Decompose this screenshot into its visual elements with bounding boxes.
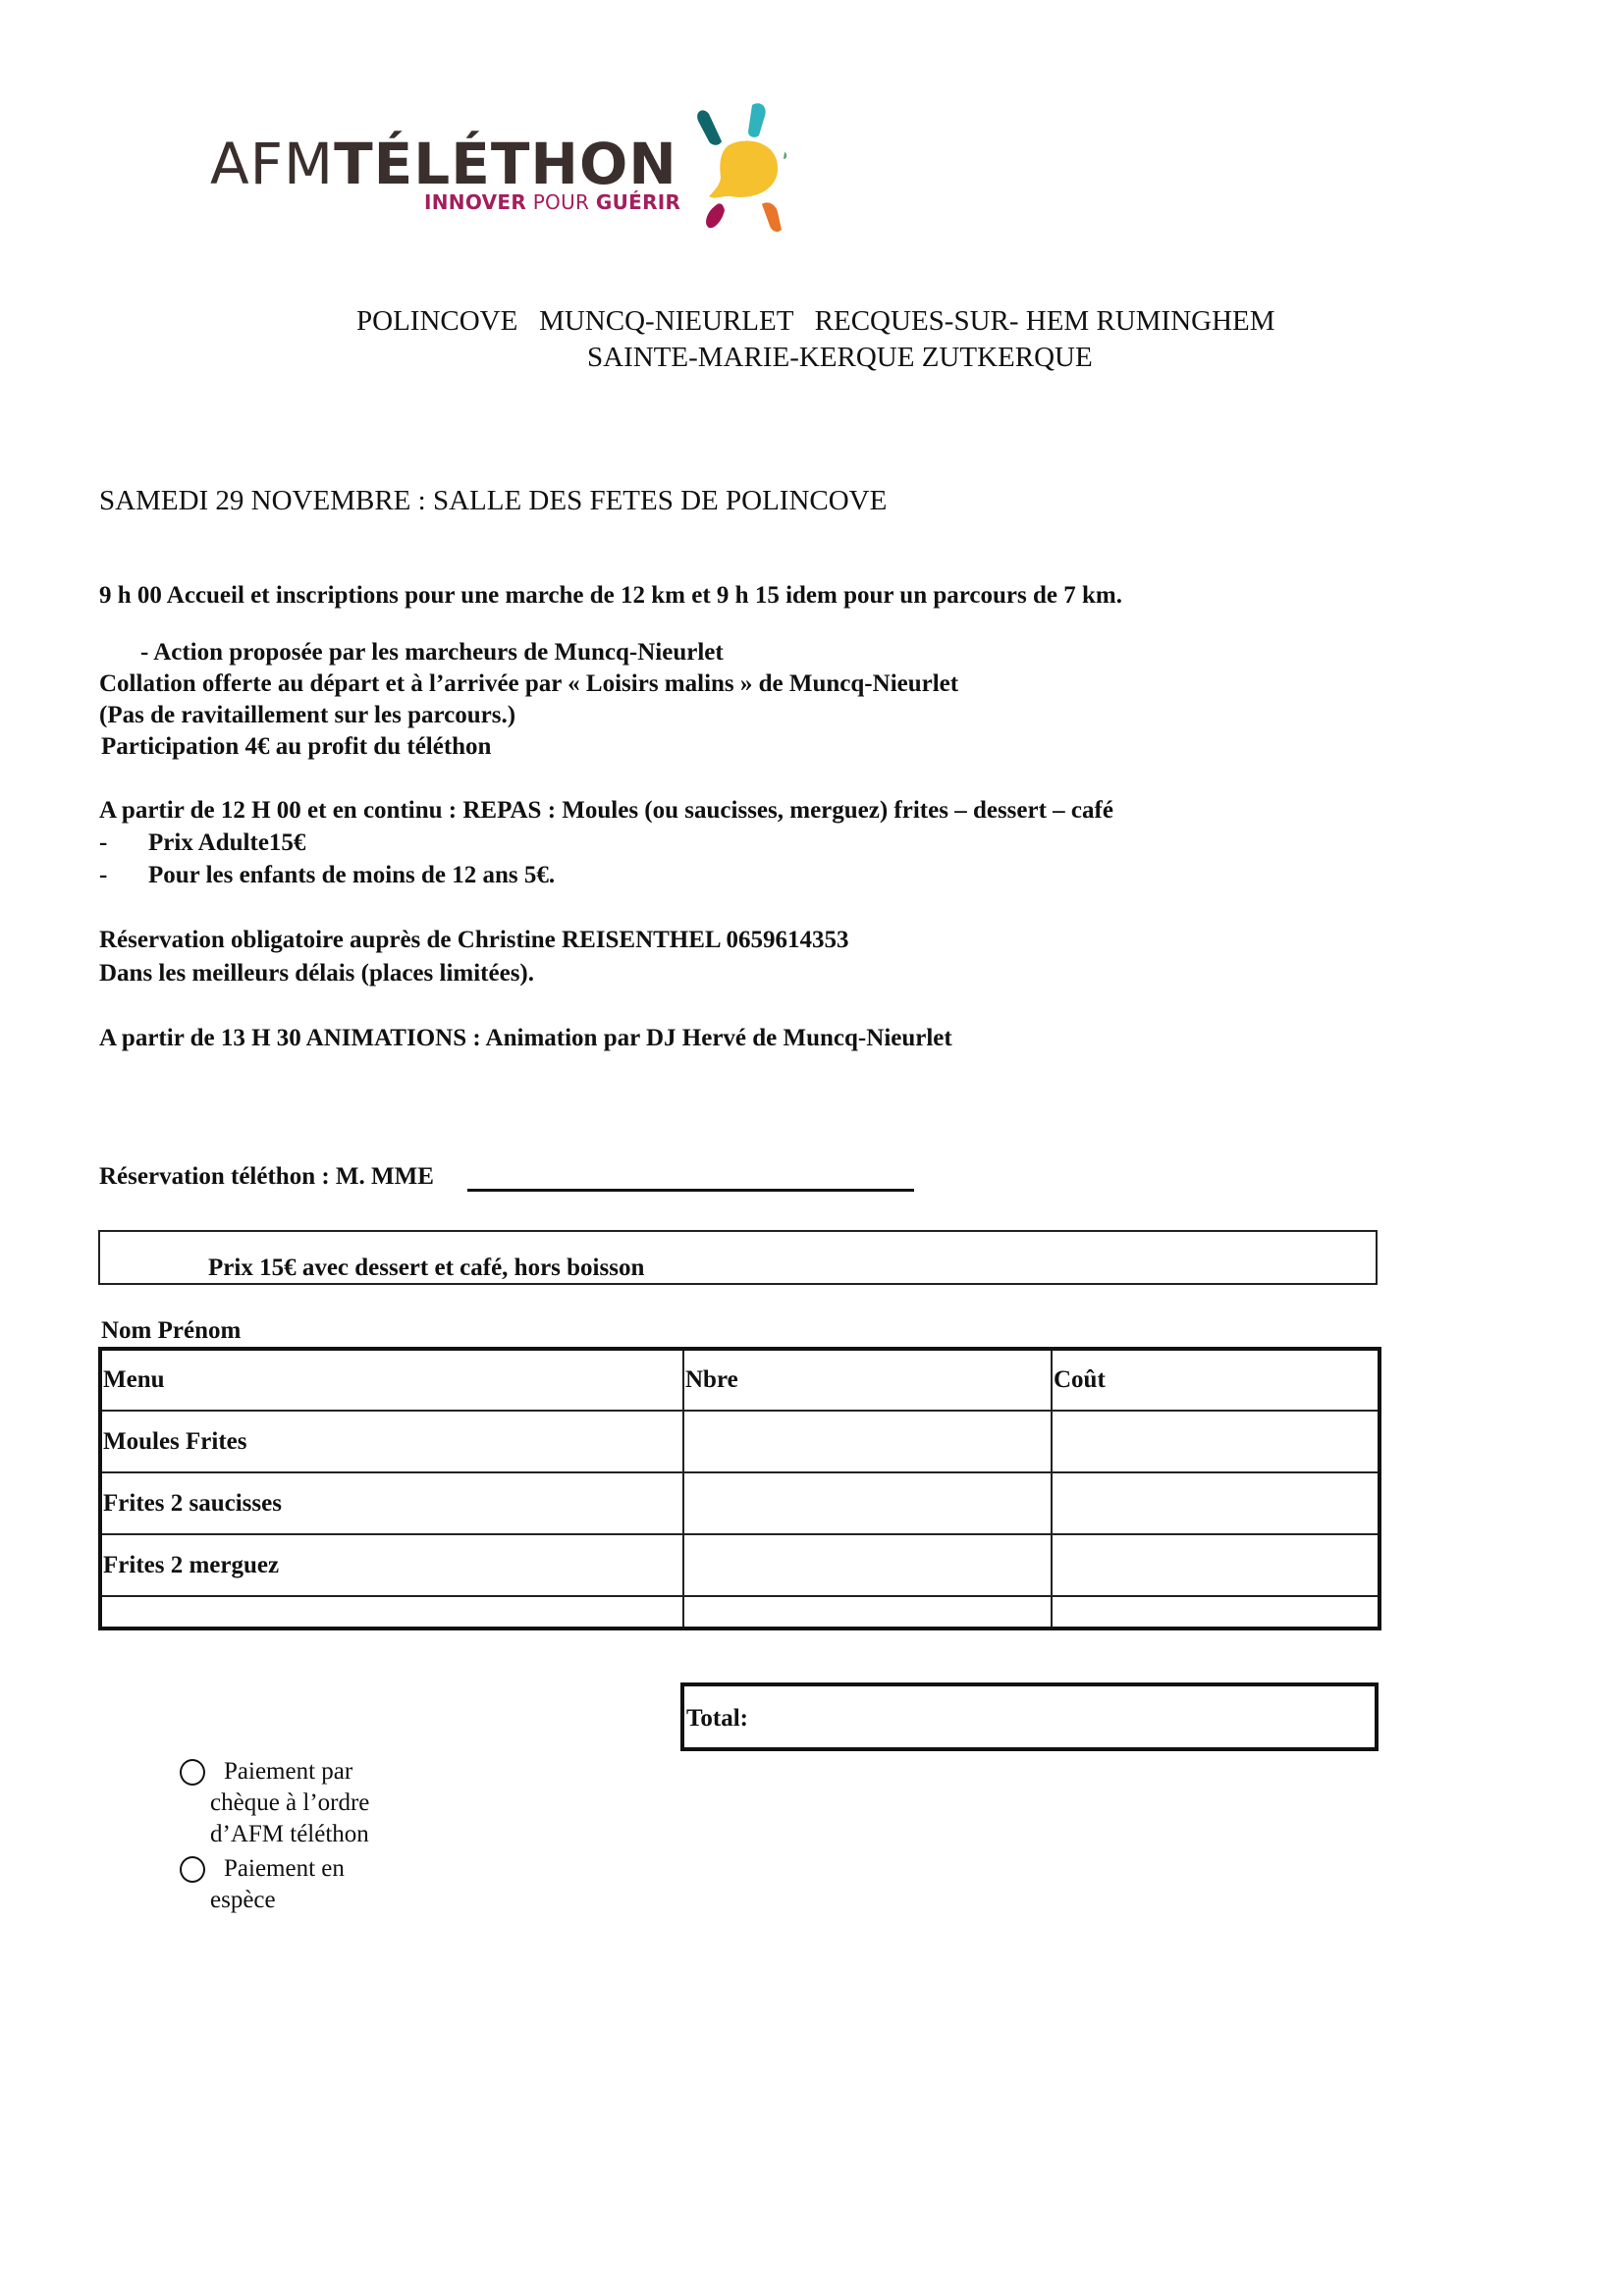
communes-line-1: POLINCOVE MUNCQ-NIEURLET RECQUES-SUR- HE… (356, 307, 1275, 336)
meal-description: A partir de 12 H 00 et en continu : REPA… (99, 798, 1113, 823)
logo-word-afm: AFM (210, 131, 334, 197)
afm-telethon-logo: AFMTÉLÉTHON INNOVER POUR GUÉRIR (210, 98, 799, 236)
price-note-box: Prix 15€ avec dessert et café, hors bois… (98, 1230, 1378, 1285)
quantity-cell[interactable] (683, 1472, 1052, 1534)
name-label: Nom Prénom (101, 1318, 241, 1343)
walk-snack: Collation offerte au départ et à l’arriv… (99, 671, 958, 696)
table-row-empty (100, 1596, 1380, 1629)
payment-cash-line-1: Paiement en (224, 1853, 345, 1885)
payment-cheque-line-3: d’AFM téléthon (210, 1819, 369, 1850)
walk-no-supply: (Pas de ravitaillement sur les parcours.… (99, 703, 515, 727)
table-row: Frites 2 merguez (100, 1534, 1380, 1596)
tagline-pour: POUR (526, 190, 596, 214)
radio-circle-icon[interactable] (180, 1856, 205, 1883)
header-nbre: Nbre (683, 1349, 1052, 1411)
logo-wordmark: AFMTÉLÉTHON (210, 135, 677, 192)
payment-cheque-line-2: chèque à l’ordre (210, 1788, 369, 1819)
meal-bullet-dash: - (99, 863, 107, 887)
cost-cell[interactable] (1052, 1472, 1380, 1534)
cost-cell[interactable] (1052, 1411, 1380, 1472)
walk-organizer: - Action proposée par les marcheurs de M… (140, 640, 724, 665)
meal-bullet-dash: - (99, 830, 107, 855)
tagline-innover: INNOVER (424, 190, 526, 214)
total-label: Total: (686, 1706, 748, 1731)
communes-line-2: SAINTE-MARIE-KERQUE ZUTKERQUE (587, 344, 1093, 372)
meal-price-adult: Prix Adulte15€ (148, 830, 305, 855)
reservation-deadline: Dans les meilleurs délais (places limité… (99, 961, 534, 986)
menu-item-moules-frites: Moules Frites (100, 1411, 683, 1472)
logo-word-telethon: TÉLÉTHON (334, 131, 677, 197)
payment-cash-line-2: espèce (210, 1885, 276, 1916)
payment-cheque-line-1: Paiement par (224, 1756, 352, 1788)
cost-cell[interactable] (1052, 1596, 1380, 1629)
quantity-cell[interactable] (683, 1411, 1052, 1472)
reservation-name-field[interactable] (467, 1189, 914, 1192)
radio-circle-icon[interactable] (180, 1759, 205, 1786)
table-row: Moules Frites (100, 1411, 1380, 1472)
menu-cell-empty[interactable] (100, 1596, 683, 1629)
meal-price-child: Pour les enfants de moins de 12 ans 5€. (148, 863, 555, 887)
event-heading: SAMEDI 29 NOVEMBRE : SALLE DES FETES DE … (99, 485, 887, 517)
tagline-guerir: GUÉRIR (596, 190, 680, 214)
table-header-row: Menu Nbre Coût (100, 1349, 1380, 1411)
header-cout: Coût (1052, 1349, 1380, 1411)
total-field[interactable]: Total: (680, 1682, 1379, 1751)
header-menu: Menu (100, 1349, 683, 1411)
walk-schedule: 9 h 00 Accueil et inscriptions pour une … (99, 583, 1122, 608)
quantity-cell[interactable] (683, 1534, 1052, 1596)
quantity-cell[interactable] (683, 1596, 1052, 1629)
logo-tagline: INNOVER POUR GUÉRIR (424, 192, 680, 212)
animation-info: A partir de 13 H 30 ANIMATIONS : Animati… (99, 1026, 952, 1050)
walk-fee: Participation 4€ au profit du téléthon (101, 734, 491, 759)
menu-item-frites-merguez: Frites 2 merguez (100, 1534, 683, 1596)
menu-item-frites-saucisses: Frites 2 saucisses (100, 1472, 683, 1534)
menu-order-table: Menu Nbre Coût Moules Frites Frites 2 sa… (98, 1347, 1381, 1630)
reservation-name-label: Réservation téléthon : M. MME (99, 1164, 434, 1189)
cost-cell[interactable] (1052, 1534, 1380, 1596)
table-row: Frites 2 saucisses (100, 1472, 1380, 1534)
reservation-contact: Réservation obligatoire auprès de Christ… (99, 928, 848, 952)
sun-icon (689, 98, 803, 236)
price-note: Prix 15€ avec dessert et café, hors bois… (208, 1255, 644, 1280)
